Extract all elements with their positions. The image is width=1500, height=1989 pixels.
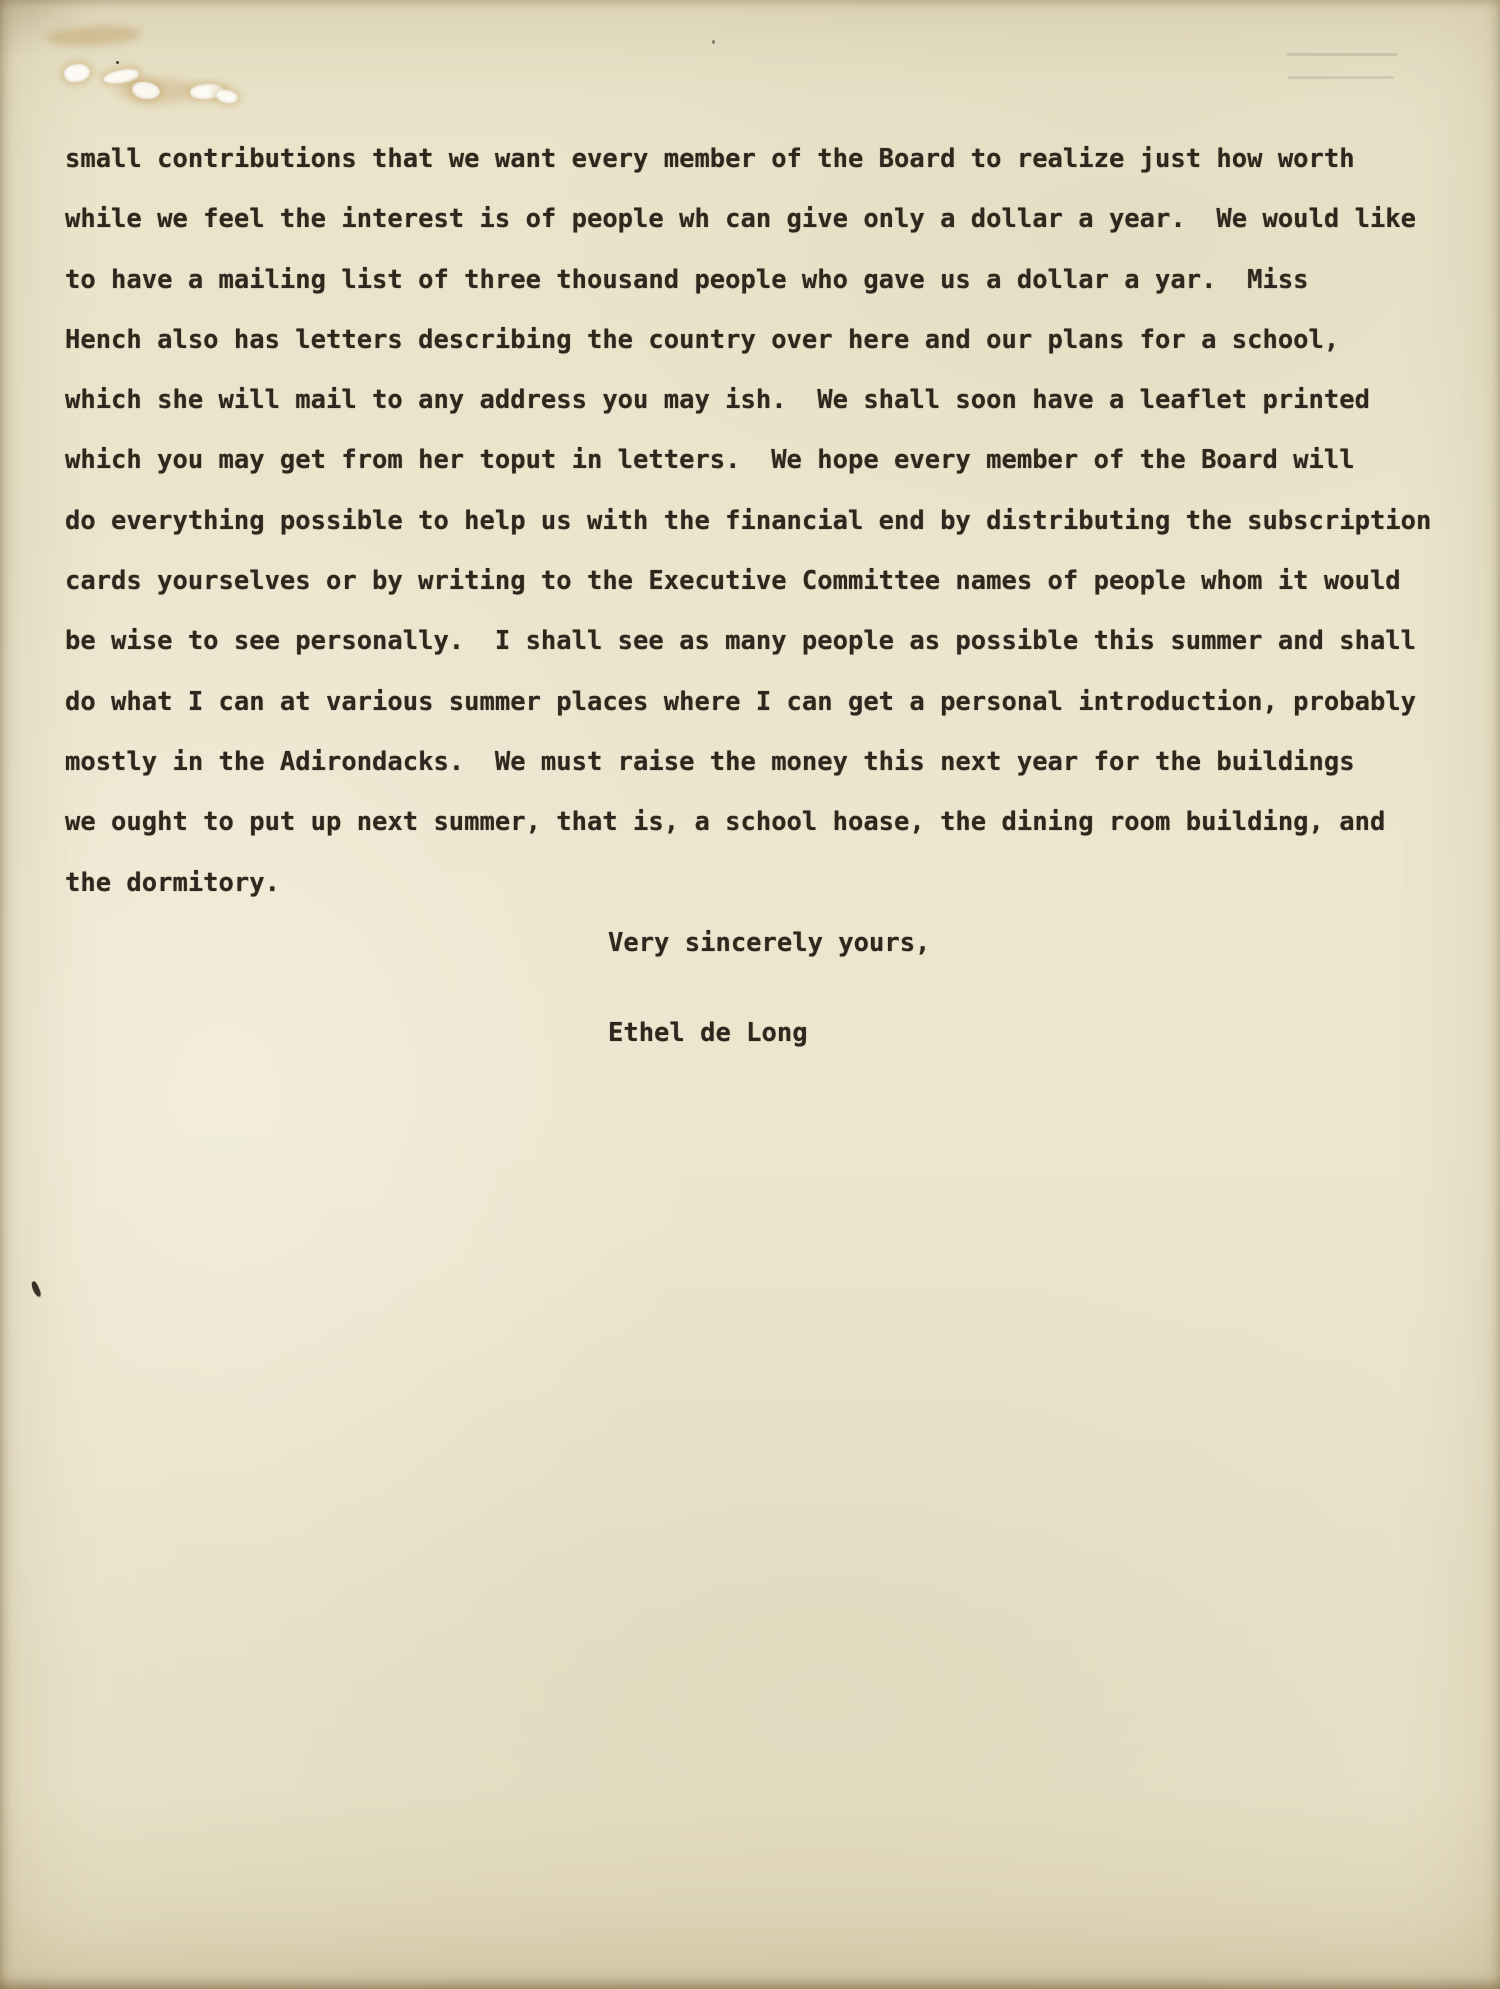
letter-signature: Ethel de Long xyxy=(65,1003,1431,1063)
letter-line: do what I can at various summer places w… xyxy=(65,672,1431,732)
tape-residue xyxy=(62,61,91,84)
letter-line: to have a mailing list of three thousand… xyxy=(65,250,1431,310)
letter-line: which you may get from her toput in lett… xyxy=(65,430,1431,490)
letter-closing: Very sincerely yours, xyxy=(65,913,1431,973)
letter-line: Hench also has letters describing the co… xyxy=(65,310,1431,370)
letter-line: mostly in the Adirondacks. We must raise… xyxy=(65,732,1431,792)
ink-speck xyxy=(116,61,119,64)
letter-line: while we feel the interest is of people … xyxy=(65,189,1431,249)
ink-speck xyxy=(712,40,715,44)
pencil-ghost-mark xyxy=(1288,76,1394,79)
letter-line: we ought to put up next summer, that is,… xyxy=(65,792,1431,852)
letter-line: be wise to see personally. I shall see a… xyxy=(65,611,1431,671)
letter-line: cards yourselves or by writing to the Ex… xyxy=(65,551,1431,611)
pen-mark xyxy=(30,1280,42,1297)
letter-line: do everything possible to help us with t… xyxy=(65,491,1431,551)
letter-line: the dormitory. xyxy=(65,853,1431,913)
pencil-ghost-mark xyxy=(1286,53,1398,56)
letter-page: small contributions that we want every m… xyxy=(0,0,1500,1989)
tape-residue xyxy=(215,88,239,105)
letter-line: small contributions that we want every m… xyxy=(65,129,1431,189)
letter-body: small contributions that we want every m… xyxy=(65,129,1431,1063)
letter-line: which she will mail to any address you m… xyxy=(65,370,1431,430)
